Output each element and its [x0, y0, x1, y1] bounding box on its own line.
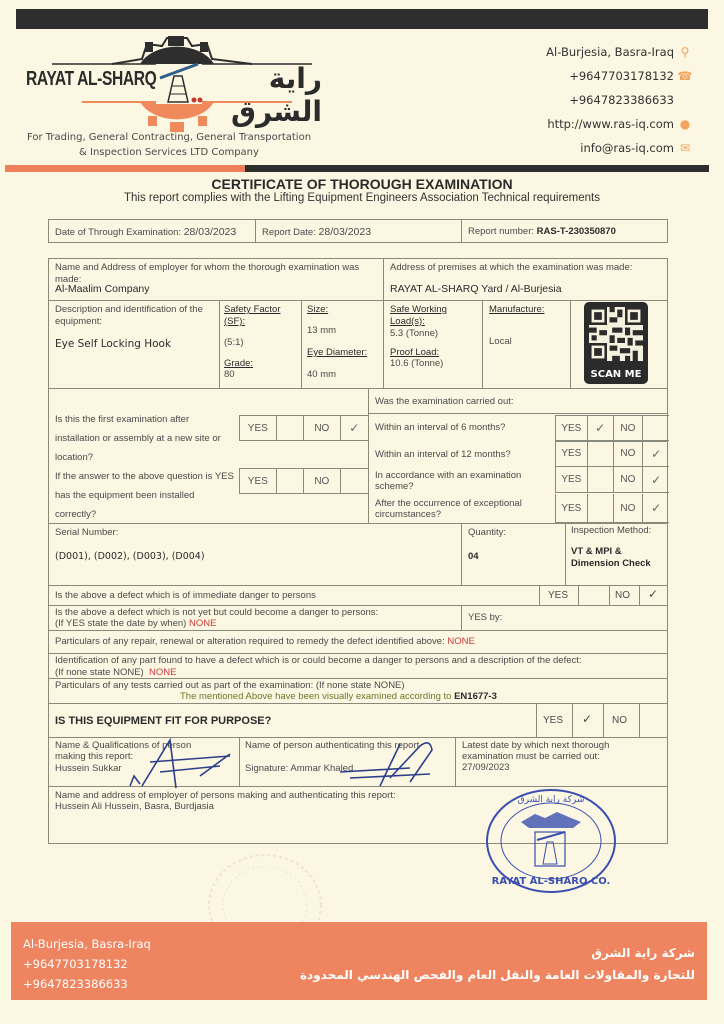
eye-diameter-value: 40 mm: [307, 369, 336, 381]
installed-no[interactable]: NO: [304, 469, 341, 493]
question-exam-scheme: In accordance with an examination scheme…: [375, 470, 545, 492]
footer-arabic-line-2: للتجارة والمقاولات العامة والنقل العام و…: [300, 964, 695, 986]
future-danger-sub-text: (If YES state the date by when): [55, 618, 186, 629]
proof-load-value: 10.6 (Tonne): [390, 358, 443, 370]
swl-label: Safe Working Load(s):: [390, 304, 470, 328]
ident-label: Identification of any part found to have…: [55, 655, 582, 667]
equipment-desc-label: Description and identification of the eq…: [55, 304, 215, 328]
employer-value: Al-Maalim Company: [55, 283, 150, 295]
first-exam-yes-check[interactable]: [277, 416, 304, 440]
location-pin-icon: ⚲: [678, 45, 692, 59]
footer-address: Al-Burjesia, Basra-Iraq: [23, 934, 151, 954]
exam-date: Date of Through Examination: 28/03/2023: [55, 226, 236, 239]
question-first-exam: Is this the first examination after inst…: [55, 410, 230, 467]
email-link[interactable]: info@ras-iq.com: [580, 139, 674, 157]
inspection-method-value: VT & MPI & Dimension Check: [571, 546, 661, 570]
mail-icon: ✉: [678, 141, 692, 155]
manufacture-value: Local: [489, 336, 512, 348]
immediate-danger-yes[interactable]: YES: [548, 590, 568, 602]
exam-scheme-yes-check[interactable]: [588, 467, 614, 492]
ident-sub-text: (If none state NONE): [55, 667, 144, 678]
immediate-danger-label: Is the above a defect which is of immedi…: [55, 590, 316, 602]
company-logo: RAYAT AL-SHARQ راية الشرق: [22, 34, 322, 134]
installed-no-check[interactable]: [341, 469, 368, 493]
phone-icon: ☎: [678, 69, 692, 83]
contact-address: Al-Burjesia, Basra-Iraq⚲: [546, 40, 692, 64]
footer-contact: Al-Burjesia, Basra-Iraq +9647703178132 +…: [23, 934, 151, 994]
twelve-months-no[interactable]: NO: [614, 441, 644, 466]
header-top-bar: [16, 9, 708, 29]
twelve-months-yes[interactable]: YES: [556, 441, 588, 466]
fit-no[interactable]: NO: [612, 715, 627, 727]
question-12-months: Within an interval of 12 months?: [375, 449, 511, 461]
svg-text:RAYAT AL-SHARQ CO.: RAYAT AL-SHARQ CO.: [492, 876, 611, 887]
inspection-method-label: Inspection Method:: [571, 525, 651, 537]
safety-factor-value: (5:1): [224, 337, 244, 349]
contact-phone-2: +9647823386633☎: [546, 88, 692, 112]
report-number-label: Report number:: [468, 226, 534, 237]
size-value: 13 mm: [307, 325, 336, 337]
exam-carried-out-header: Was the examination carried out:: [375, 396, 514, 408]
signature-ammar: [320, 738, 440, 790]
tests-row: The mentioned Above have been visually e…: [180, 691, 497, 703]
exam-scheme-yes[interactable]: YES: [556, 467, 588, 492]
exam-date-value: 28/03/2023: [184, 226, 237, 238]
repair-value: NONE: [447, 636, 474, 647]
exam-date-label: Date of Through Examination:: [55, 227, 181, 238]
first-exam-no[interactable]: NO: [304, 416, 341, 440]
immediate-danger-no[interactable]: NO: [615, 590, 630, 602]
installed-yes[interactable]: YES: [240, 469, 277, 493]
next-exam-date: 27/09/2023: [462, 762, 510, 774]
company-name-en: RAYAT AL-SHARQ: [26, 68, 156, 91]
contact-email[interactable]: info@ras-iq.com✉: [546, 136, 692, 160]
exceptional-yes[interactable]: YES: [556, 494, 588, 522]
six-months-yes-check[interactable]: ✓: [588, 416, 614, 440]
question-exceptional: After the occurrence of exceptional circ…: [375, 498, 550, 520]
premises-label: Address of premises at which the examina…: [390, 262, 632, 274]
footer-banner: Al-Burjesia, Basra-Iraq +9647703178132 +…: [11, 922, 707, 1000]
exam-scheme-no[interactable]: NO: [614, 467, 644, 492]
globe-icon: ●: [678, 117, 692, 131]
company-name-ar: راية الشرق: [208, 62, 322, 128]
first-exam-yes[interactable]: YES: [240, 416, 277, 440]
repair-label: Particulars of any repair, renewal or al…: [55, 636, 445, 647]
tagline-line-2: & Inspection Services LTD Company: [24, 145, 314, 160]
footer-phone-1: +9647703178132: [23, 954, 151, 974]
footer-arabic: شركة راية الشرق للتجارة والمقاولات العام…: [300, 942, 695, 986]
footer-arabic-line-1: شركة راية الشرق: [300, 942, 695, 964]
six-months-no[interactable]: NO: [614, 416, 644, 440]
exceptional-yes-no[interactable]: YES NO ✓: [555, 494, 669, 523]
six-months-yes-no[interactable]: YES ✓ NO: [555, 415, 669, 441]
phone-2-text: +9647823386633: [569, 91, 674, 109]
first-exam-no-check[interactable]: ✓: [341, 416, 368, 440]
qr-code[interactable]: SCAN ME: [584, 302, 648, 384]
repair-row: Particulars of any repair, renewal or al…: [55, 636, 475, 648]
yes-by-label: YES by:: [468, 612, 502, 624]
signature-hussein: [120, 736, 240, 792]
tests-value: The mentioned Above have been visually e…: [180, 691, 451, 702]
certificate-title: CERTIFICATE OF THOROUGH EXAMINATION: [0, 176, 724, 192]
grade-value: 80: [224, 369, 235, 381]
fit-for-purpose-label: IS THIS EQUIPMENT FIT FOR PURPOSE?: [55, 715, 271, 727]
size-label: Size:: [307, 304, 328, 316]
eye-diameter-label: Eye Diameter:: [307, 347, 367, 359]
first-exam-yes-no[interactable]: YES NO ✓: [239, 415, 369, 441]
exceptional-yes-check[interactable]: [588, 494, 614, 522]
installed-yes-check[interactable]: [277, 469, 304, 493]
twelve-months-yes-check[interactable]: [588, 441, 614, 466]
exam-scheme-no-check[interactable]: ✓: [643, 467, 669, 492]
fit-yes[interactable]: YES: [543, 715, 563, 727]
ident-value: NONE: [149, 667, 176, 678]
header-divider: [5, 165, 709, 172]
future-danger-value: NONE: [189, 618, 216, 629]
manufacture-label: Manufacture:: [489, 304, 544, 316]
future-danger-sub: (If YES state the date by when) NONE: [55, 618, 216, 630]
exceptional-no-check[interactable]: ✓: [643, 494, 669, 522]
twelve-months-yes-no[interactable]: YES NO ✓: [555, 441, 669, 467]
report-date-label: Report Date:: [262, 227, 316, 238]
svg-text:شركة راية الشرق: شركة راية الشرق: [518, 795, 585, 805]
company-stamp-icon: شركة راية الشرق RAYAT AL-SHARQ CO.: [485, 788, 617, 894]
installed-correctly-yes-no[interactable]: YES NO: [239, 468, 369, 494]
tests-standard: EN1677-3: [454, 691, 497, 702]
certificate-subtitle: This report complies with the Lifting Eq…: [0, 192, 724, 204]
twelve-months-no-check[interactable]: ✓: [643, 441, 669, 466]
report-number-value: RAS-T-230350870: [537, 226, 616, 237]
phone-1-text: +9647703178132: [569, 67, 674, 85]
contact-phone-1: +9647703178132☎: [546, 64, 692, 88]
serial-number-value: (D001), (D002), (D003), (D004): [55, 551, 205, 563]
exam-scheme-yes-no[interactable]: YES NO ✓: [555, 467, 669, 493]
qr-code-icon: [589, 307, 643, 361]
next-exam-label: Latest date by which next thorough exami…: [462, 740, 652, 762]
quantity-label: Quantity:: [468, 527, 506, 539]
immediate-danger-no-check[interactable]: ✓: [648, 588, 658, 600]
ident-sub: (If none state NONE) NONE: [55, 667, 176, 679]
serial-number-label: Serial Number:: [55, 527, 118, 539]
report-date-value: 28/03/2023: [319, 226, 372, 238]
six-months-no-check[interactable]: [643, 416, 669, 440]
premises-value: RAYAT AL-SHARQ Yard / Al-Burjesia: [390, 283, 562, 295]
question-6-months: Within an interval of 6 months?: [375, 422, 505, 434]
tagline-line-1: For Trading, General Contracting, Genera…: [24, 130, 314, 145]
website-link[interactable]: http://www.ras-iq.com: [547, 115, 674, 133]
footer-phone-2: +9647823386633: [23, 974, 151, 994]
equipment-desc-value: Eye Self Locking Hook: [55, 338, 171, 350]
maker-name: Hussein Sukkar: [55, 763, 122, 775]
employer-persons-value: Hussein Ali Hussein, Basra, Burdjasia: [55, 801, 214, 813]
quantity-value: 04: [468, 551, 479, 563]
contact-website[interactable]: http://www.ras-iq.com●: [546, 112, 692, 136]
fit-yes-check[interactable]: ✓: [582, 713, 592, 725]
qr-scan-label: SCAN ME: [584, 369, 648, 380]
report-number: Report number: RAS-T-230350870: [468, 226, 616, 238]
header-contact: Al-Burjesia, Basra-Iraq⚲ +9647703178132☎…: [546, 40, 692, 160]
report-date: Report Date: 28/03/2023: [262, 226, 371, 239]
question-installed-correctly: If the answer to the above question is Y…: [55, 467, 235, 524]
address-text: Al-Burjesia, Basra-Iraq: [546, 43, 674, 61]
swl-value: 5.3 (Tonne): [390, 328, 438, 340]
six-months-yes[interactable]: YES: [556, 416, 588, 440]
safety-factor-label: Safety Factor (SF):: [224, 304, 294, 328]
exceptional-no[interactable]: NO: [614, 494, 644, 522]
company-tagline: For Trading, General Contracting, Genera…: [24, 130, 314, 160]
